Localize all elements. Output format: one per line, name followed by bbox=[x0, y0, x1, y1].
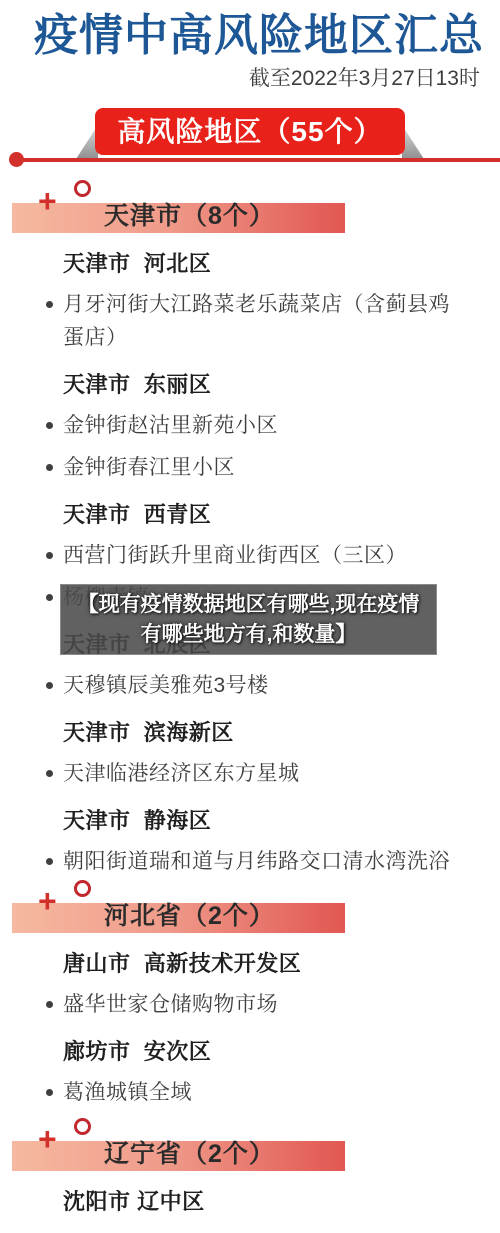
ribbon-dot-icon bbox=[9, 152, 24, 167]
district-header: 天津市 静海区 bbox=[63, 806, 500, 836]
risk-item-list: 朝阳街道瑞和道与月纬路交口清水湾洗浴 bbox=[0, 845, 500, 878]
district-header: 廊坊市 安次区 bbox=[63, 1037, 500, 1067]
watermark-overlay: 【现有疫情数据地区有哪些,现在疫情 有哪些地方有,和数量】 bbox=[60, 584, 437, 655]
district-header: 天津市 西青区 bbox=[63, 500, 500, 530]
province-title: 辽宁省（2个） bbox=[104, 1134, 275, 1170]
risk-item: 朝阳街道瑞和道与月纬路交口清水湾洗浴 bbox=[44, 845, 469, 878]
risk-item: 天津临港经济区东方星城 bbox=[44, 757, 469, 790]
province-section-tianjin: 天津市（8个） 天津市 河北区 月牙河街大江路菜老乐蔬菜店（含蓟县鸡蛋店） 天津… bbox=[0, 203, 500, 878]
district-header: 天津市 河北区 bbox=[63, 249, 500, 279]
district-header: 天津市 滨海新区 bbox=[63, 718, 500, 748]
risk-item-list: 天穆镇辰美雅苑3号楼 bbox=[0, 669, 500, 702]
risk-item-list: 天津临港经济区东方星城 bbox=[0, 757, 500, 790]
plus-icon bbox=[38, 885, 57, 917]
risk-item-list: 月牙河街大江路菜老乐蔬菜店（含蓟县鸡蛋店） bbox=[0, 288, 500, 354]
watermark-text-line1: 【现有疫情数据地区有哪些,现在疫情 bbox=[78, 590, 420, 620]
risk-item: 盛华世家仓储购物市场 bbox=[44, 988, 469, 1021]
province-title: 河北省（2个） bbox=[104, 896, 275, 932]
risk-item: 天穆镇辰美雅苑3号楼 bbox=[44, 669, 469, 702]
watermark-text-line2: 有哪些地方有,和数量】 bbox=[141, 620, 357, 650]
risk-item: 金钟街赵沽里新苑小区 bbox=[44, 409, 469, 442]
circle-icon bbox=[74, 1118, 91, 1135]
high-risk-banner: 高风险地区（55个） bbox=[95, 108, 405, 155]
as-of-date: 截至2022年3月27日13时 bbox=[0, 68, 480, 89]
risk-item: 金钟街春江里小区 bbox=[44, 451, 469, 484]
circle-icon bbox=[74, 880, 91, 897]
province-bar: 辽宁省（2个） bbox=[12, 1141, 345, 1171]
province-bar: 河北省（2个） bbox=[12, 903, 345, 933]
district-header: 天津市 东丽区 bbox=[63, 370, 500, 400]
risk-item: 西营门街跃升里商业街西区（三区） bbox=[44, 539, 469, 572]
risk-item: 月牙河街大江路菜老乐蔬菜店（含蓟县鸡蛋店） bbox=[44, 288, 469, 354]
province-section-liaoning: 辽宁省（2个） 沈阳市 辽中区 bbox=[0, 1141, 500, 1217]
risk-item: 葛渔城镇全域 bbox=[44, 1076, 469, 1109]
circle-icon bbox=[74, 180, 91, 197]
ribbon-fold-right-icon bbox=[402, 125, 424, 159]
province-section-hebei: 河北省（2个） 唐山市 高新技术开发区 盛华世家仓储购物市场 廊坊市 安次区 葛… bbox=[0, 903, 500, 1109]
district-header: 唐山市 高新技术开发区 bbox=[63, 949, 500, 979]
risk-item-list: 盛华世家仓储购物市场 bbox=[0, 988, 500, 1021]
ribbon-line bbox=[15, 158, 500, 162]
risk-item-list: 葛渔城镇全域 bbox=[0, 1076, 500, 1109]
province-title: 天津市（8个） bbox=[104, 196, 275, 232]
district-header: 沈阳市 辽中区 bbox=[63, 1187, 500, 1217]
plus-icon bbox=[38, 1123, 57, 1155]
province-bar: 天津市（8个） bbox=[12, 203, 345, 233]
risk-item-list: 金钟街赵沽里新苑小区 金钟街春江里小区 bbox=[0, 409, 500, 484]
page-title: 疫情中高风险地区汇总 bbox=[34, 14, 500, 58]
plus-icon bbox=[38, 185, 57, 217]
